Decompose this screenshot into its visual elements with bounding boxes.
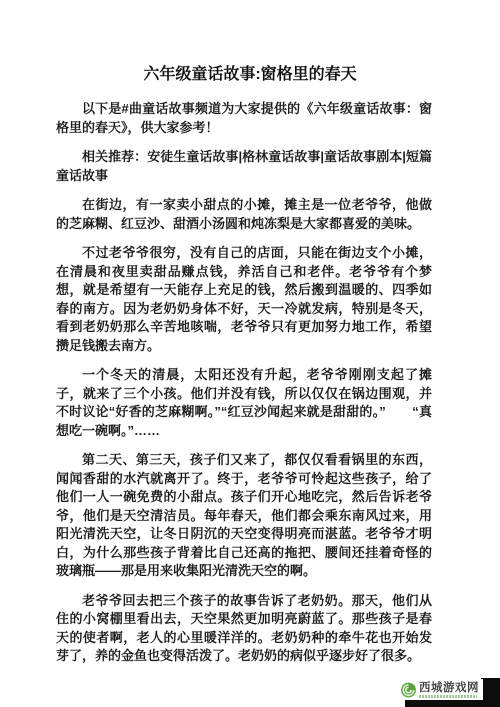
related-links-paragraph: 相关推荐：安徒生童话故事|格林童话故事|童话故事剧本|短篇童话故事 xyxy=(56,148,432,185)
intro-paragraph: 以下是#曲童话故事频道为大家提供的《六年级童话故事：窗格里的春天》，供大家参考！ xyxy=(56,100,432,137)
site-watermark: 西城游戏网 xyxy=(398,675,500,707)
watermark-black-bottom-strip xyxy=(405,700,500,707)
story-paragraph-4: 第二天、第三天，孩子们又来了，都仅仅看看锅里的东西，闻闻香甜的水汽就离开了。终于… xyxy=(56,451,432,581)
story-paragraph-5: 老爷爷回去把三个孩子的故事告诉了老奶奶。那天，他们从住的小窝棚里看出去，天空果然… xyxy=(56,592,432,666)
story-paragraph-2: 不过老爷爷很穷，没有自己的店面，只能在街边支个小摊，在清晨和夜里卖甜品赚点钱，养… xyxy=(56,244,432,355)
story-paragraph-1: 在街边，有一家卖小甜点的小摊，摊主是一位老爷爷，他做的芝麻糊、红豆沙、甜酒小汤圆… xyxy=(56,196,432,233)
site-logo: 西城游戏网 xyxy=(398,679,483,700)
site-logo-text-block: 西城游戏网 xyxy=(419,682,479,698)
site-logo-subtext xyxy=(419,695,477,698)
leaf-swirl-logo-icon xyxy=(400,681,417,698)
article-page: 六年级童话故事:窗格里的春天 以下是#曲童话故事频道为大家提供的《六年级童话故事… xyxy=(0,0,500,707)
story-paragraph-3: 一个冬天的清晨，太阳还没有升起，老爷爷刚刚支起了摊子，就来了三个小孩。他们并没有… xyxy=(56,366,432,440)
article-title: 六年级童话故事:窗格里的春天 xyxy=(68,63,432,87)
site-logo-text: 西城游戏网 xyxy=(419,682,479,694)
